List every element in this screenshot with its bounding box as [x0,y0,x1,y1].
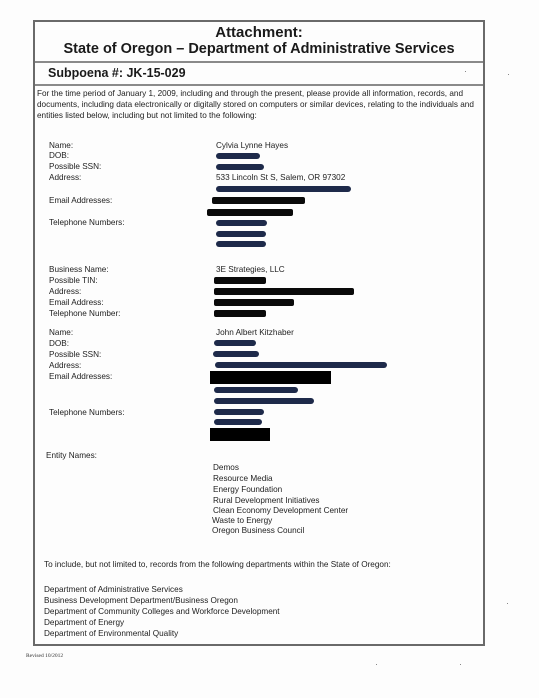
label-ssn: Possible SSN: [49,162,101,172]
scan-speck [508,74,509,75]
entity-item: Rural Development Initiatives [213,496,320,506]
entity-item: Resource Media [213,474,273,484]
scan-speck [465,71,466,72]
redaction [214,398,314,404]
entity-item: Energy Foundation [213,485,282,495]
redaction [214,409,264,415]
department-item: Department of Energy [44,618,124,628]
redaction [213,351,259,357]
department-item: Department of Administrative Services [44,585,183,595]
business-name: 3E Strategies, LLC [216,265,285,275]
redaction [216,241,266,247]
redaction [216,186,351,192]
entity-item: Oregon Business Council [212,526,304,536]
label-dob: DOB: [49,151,69,161]
redaction [214,387,298,393]
label-tin: Possible TIN: [49,276,98,286]
subpoena-number: Subpoena #: JK-15-029 [48,66,186,80]
person-2-name: John Albert Kitzhaber [216,328,294,338]
redaction [210,371,331,384]
label-address: Address: [49,287,81,297]
label-phone: Telephone Numbers: [49,218,125,228]
label-name: Name: [49,141,73,151]
label-email: Email Addresses: [49,196,112,206]
redaction [212,197,305,204]
redaction [214,340,256,346]
redaction [214,277,266,284]
label-email: Email Address: [49,298,104,308]
redaction [215,362,387,368]
revision-note: Revised 10/2012 [26,653,63,659]
scan-speck [376,664,377,665]
person-1-address: 533 Lincoln St S, Salem, OR 97302 [216,173,345,183]
redaction [216,164,264,170]
person-1-name: Cylvia Lynne Hayes [216,141,288,151]
label-phone: Telephone Number: [49,309,120,319]
entity-item: Clean Economy Development Center [213,506,348,516]
redaction [216,220,267,226]
department-item: Department of Community Colleges and Wor… [44,607,280,617]
redaction [207,209,293,216]
scan-speck [460,664,461,665]
department-item: Department of Environmental Quality [44,629,178,639]
redaction [210,428,270,441]
redaction [216,231,266,237]
redaction [214,310,266,317]
header: Attachment: State of Oregon – Department… [35,22,483,63]
label-dob: DOB: [49,339,69,349]
intro-paragraph: For the time period of January 1, 2009, … [37,88,483,121]
label-phone: Telephone Numbers: [49,408,125,418]
redaction [214,288,354,295]
departments-intro: To include, but not limited to, records … [44,560,391,570]
label-email: Email Addresses: [49,372,112,382]
scan-speck [507,603,508,604]
label-address: Address: [49,361,81,371]
label-ssn: Possible SSN: [49,350,101,360]
entity-names-label: Entity Names: [46,451,97,461]
label-name: Name: [49,328,73,338]
label-address: Address: [49,173,81,183]
redaction [214,419,262,425]
department-item: Business Development Department/Business… [44,596,238,606]
attachment-frame: Attachment: State of Oregon – Department… [33,20,485,646]
entity-item: Waste to Energy [212,516,272,526]
entity-item: Demos [213,463,239,473]
redaction [214,299,294,306]
label-business-name: Business Name: [49,265,109,275]
subpoena-row: Subpoena #: JK-15-029 [35,63,483,86]
page-subtitle: State of Oregon – Department of Administ… [35,41,483,58]
redaction [216,153,260,159]
page-title: Attachment: [35,24,483,41]
